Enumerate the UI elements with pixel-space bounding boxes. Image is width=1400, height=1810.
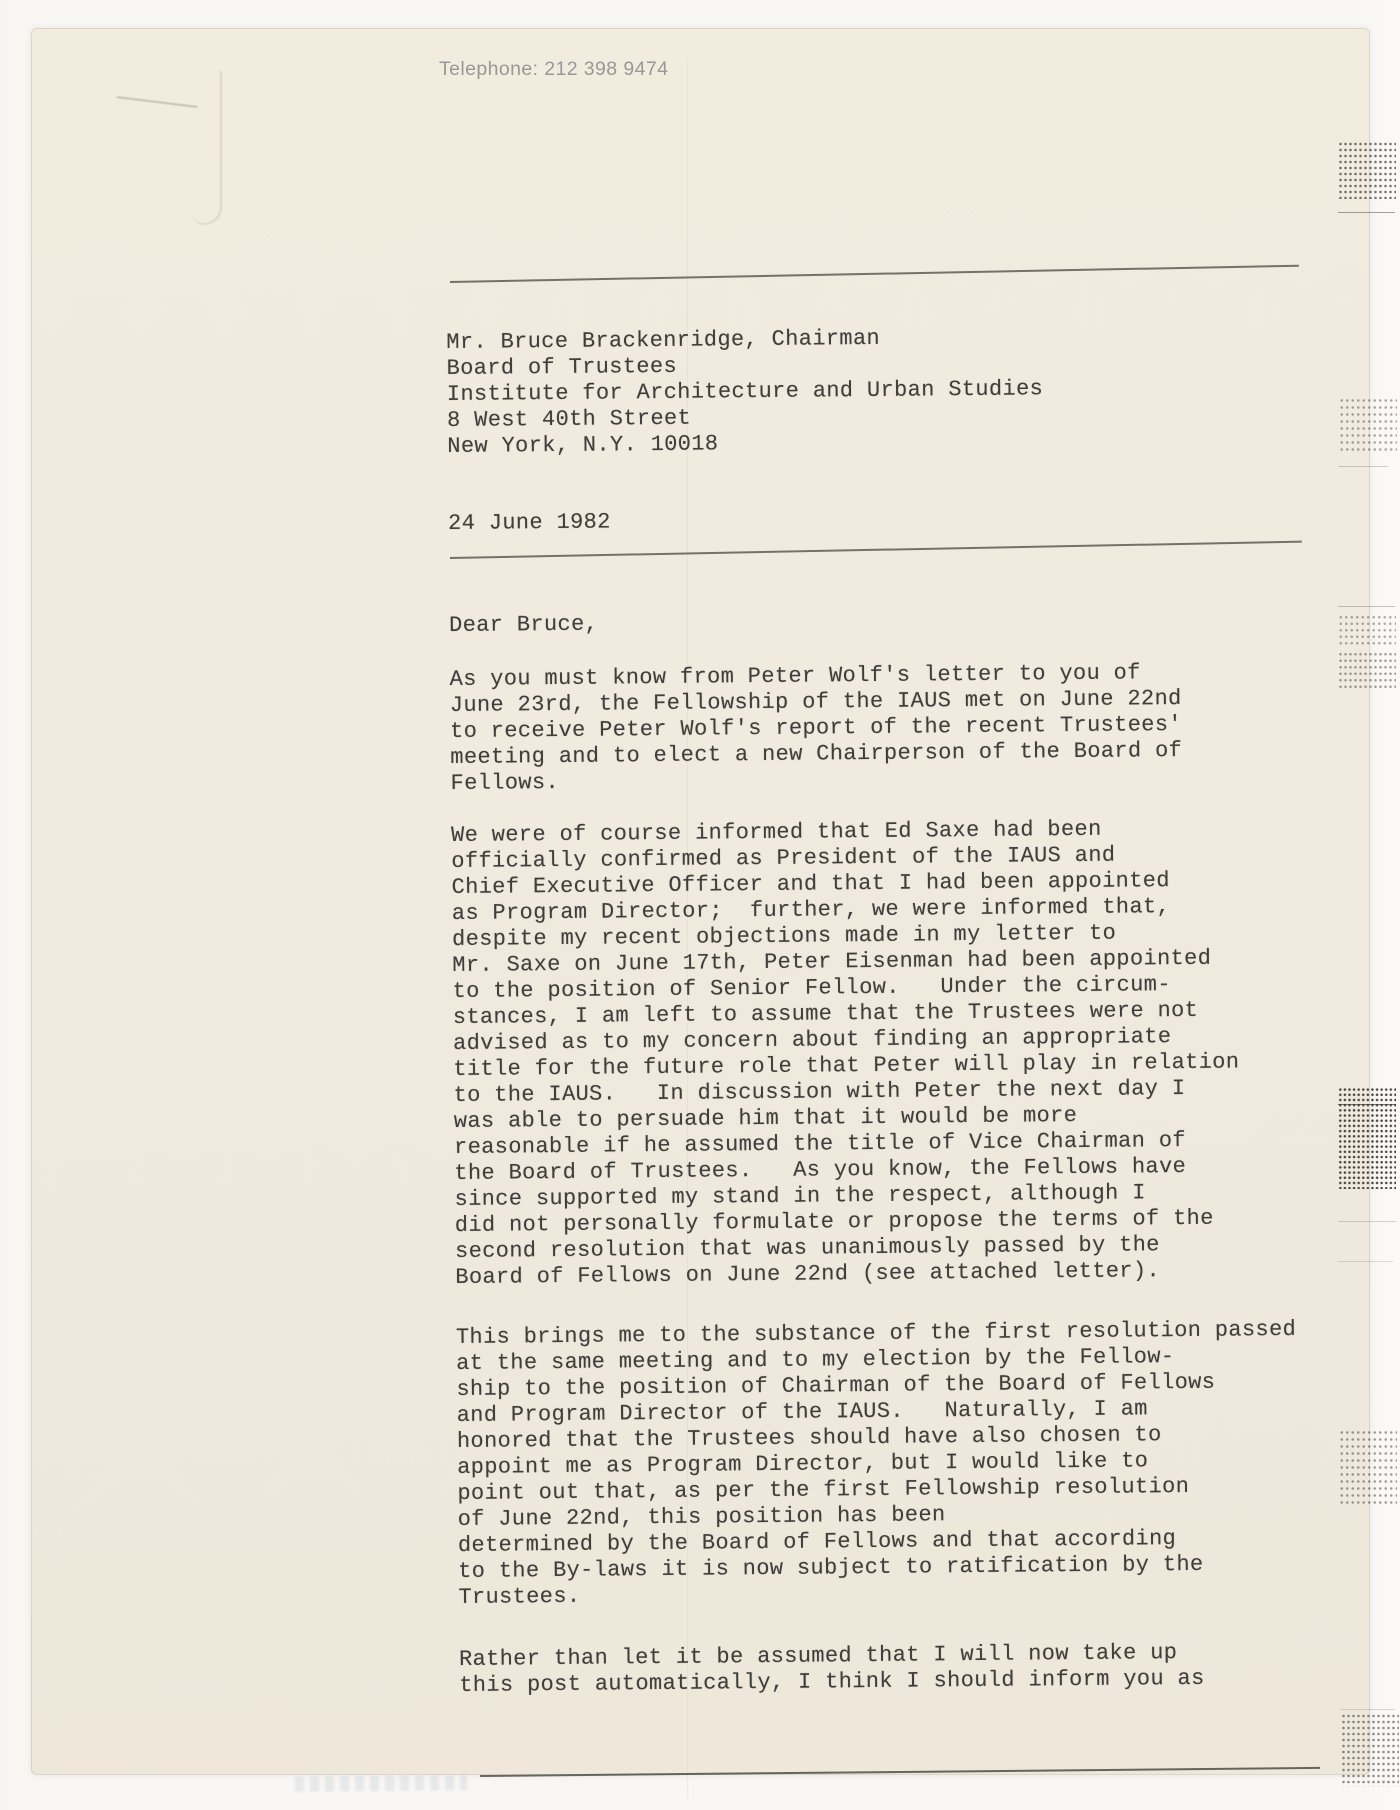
body-paragraph-4: Rather than let it be assumed that I wil… xyxy=(459,1640,1205,1699)
binding-mark-6 xyxy=(1339,1429,1397,1507)
binding-mark-2 xyxy=(1339,397,1397,451)
typewritten-content: Mr. Bruce Brackenridge, Chairman Board o… xyxy=(23,20,1377,1778)
recipient-address: Mr. Bruce Brackenridge, Chairman Board o… xyxy=(446,324,1044,460)
body-paragraph-1: As you must know from Peter Wolf's lette… xyxy=(449,660,1182,797)
binding-mark-3 xyxy=(1338,614,1396,648)
letter-page: Telephone: 212 398 9474 Mr. Bruce Bracke… xyxy=(31,28,1370,1775)
ink-bleed-smudge xyxy=(295,1775,467,1792)
binding-mark-line-4 xyxy=(1338,1104,1396,1105)
body-paragraph-3: This brings me to the substance of the f… xyxy=(456,1317,1299,1611)
binding-mark-line-3 xyxy=(1338,606,1395,607)
salutation: Dear Bruce, xyxy=(449,612,598,639)
binding-mark-5 xyxy=(1338,1087,1396,1189)
body-paragraph-2: We were of course informed that Ed Saxe … xyxy=(451,815,1241,1291)
date-line: 24 June 1982 xyxy=(448,509,611,537)
binding-mark-4 xyxy=(1338,651,1396,689)
binding-mark-line-5 xyxy=(1338,1221,1396,1222)
binding-mark-line-2 xyxy=(1338,466,1388,467)
binding-mark-line-7 xyxy=(1340,1709,1395,1710)
binding-mark-line-6 xyxy=(1338,1261,1393,1262)
binding-mark-1 xyxy=(1338,141,1396,199)
binding-mark-7 xyxy=(1341,1713,1399,1787)
scan-background: Telephone: 212 398 9474 Mr. Bruce Bracke… xyxy=(0,0,1400,1810)
binding-mark-line-1 xyxy=(1338,212,1395,213)
